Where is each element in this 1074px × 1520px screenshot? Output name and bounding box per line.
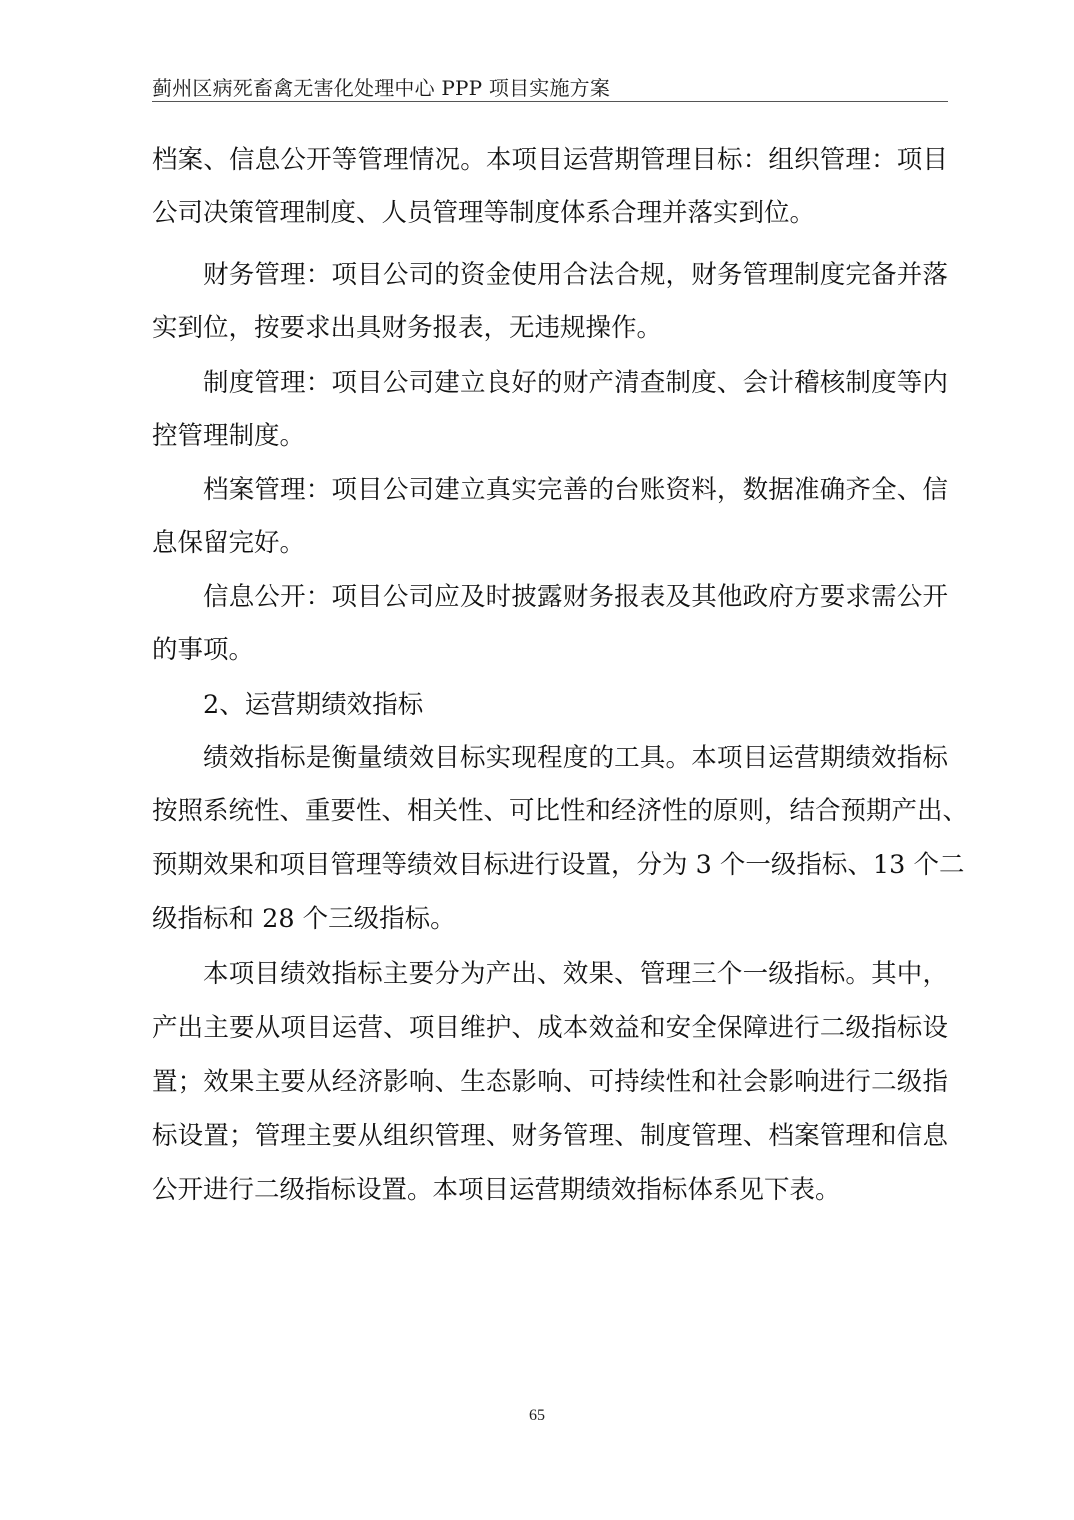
paragraph-line: 控管理制度。 <box>152 416 305 456</box>
paragraph-line: 信息公开：项目公司应及时披露财务报表及其他政府方要求需公开 <box>203 577 948 617</box>
paragraph-line: 本项目绩效指标主要分为产出、效果、管理三个一级指标。其中， <box>203 954 948 994</box>
paragraph-line: 制度管理：项目公司建立良好的财产清查制度、会计稽核制度等内 <box>203 363 948 403</box>
paragraph-line: 公司决策管理制度、人员管理等制度体系合理并落实到位。 <box>152 193 815 233</box>
paragraph-line: 公开进行二级指标设置。本项目运营期绩效指标体系见下表。 <box>152 1170 841 1210</box>
paragraph-line: 档案、信息公开等管理情况。本项目运营期管理目标：组织管理：项目 <box>152 140 948 180</box>
paragraph-line: 产出主要从项目运营、项目维护、成本效益和安全保障进行二级指标设 <box>152 1008 948 1048</box>
paragraph-line: 息保留完好。 <box>152 523 305 563</box>
paragraph-line: 绩效指标是衡量绩效目标实现程度的工具。本项目运营期绩效指标 <box>203 738 948 778</box>
paragraph-line: 按照系统性、重要性、相关性、可比性和经济性的原则，结合预期产出、 <box>152 791 948 831</box>
paragraph-line: 的事项。 <box>152 630 254 670</box>
header-divider <box>152 101 948 102</box>
section-heading: 2、运营期绩效指标 <box>203 685 948 725</box>
paragraph-line: 实到位，按要求出具财务报表，无违规操作。 <box>152 308 662 348</box>
paragraph-line: 档案管理：项目公司建立真实完善的台账资料，数据准确齐全、信 <box>203 470 948 510</box>
paragraph-line: 财务管理：项目公司的资金使用合法合规，财务管理制度完备并落 <box>203 255 948 295</box>
paragraph-line: 置；效果主要从经济影响、生态影响、可持续性和社会影响进行二级指 <box>152 1062 948 1102</box>
document-title: 蓟州区病死畜禽无害化处理中心 PPP 项目实施方案 <box>152 76 610 100</box>
paragraph-line: 标设置；管理主要从组织管理、财务管理、制度管理、档案管理和信息 <box>152 1116 948 1156</box>
paragraph-line: 级指标和 28 个三级指标。 <box>152 899 456 939</box>
paragraph-line: 预期效果和项目管理等绩效目标进行设置，分为 3 个一级指标、13 个二 <box>152 845 948 885</box>
page-header: 蓟州区病死畜禽无害化处理中心 PPP 项目实施方案 <box>152 70 948 100</box>
page-number: 65 <box>0 1407 1074 1425</box>
